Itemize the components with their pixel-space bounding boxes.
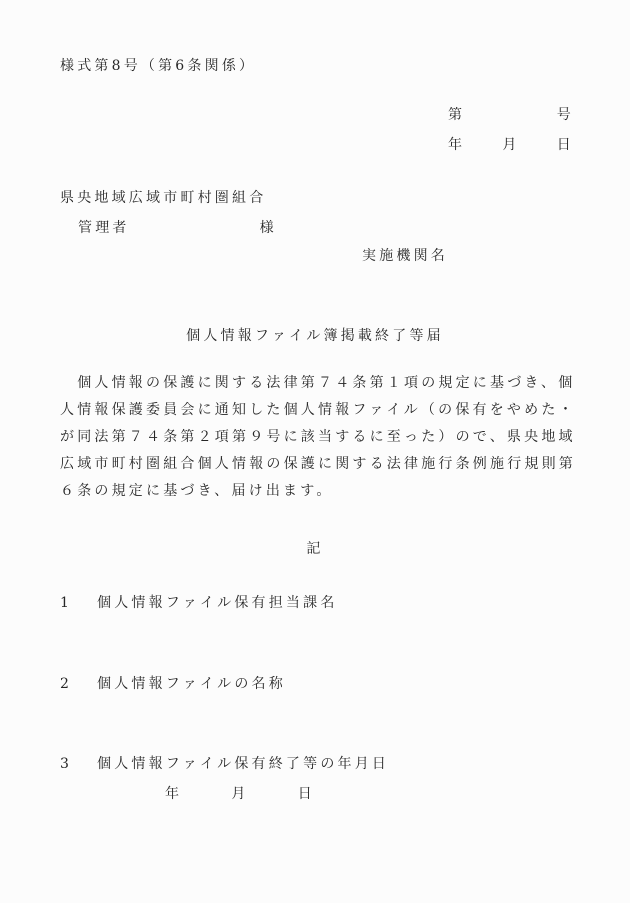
body-line: 人情報保護委員会に通知した個人情報ファイル（の保有をやめた・ xyxy=(60,397,576,424)
item-number: 1 xyxy=(60,595,97,611)
item3-day-label: 日 xyxy=(298,783,315,803)
document-page: 様式第8号（第6条関係） 第 号 年 月 日 県央地域広域市町村圏組合 管理者様… xyxy=(0,0,630,903)
list-item-2: 2個人情報ファイルの名称 xyxy=(60,673,286,693)
document-title: 個人情報ファイル簿掲載終了等届 xyxy=(0,325,630,345)
list-item-3: 3個人情報ファイル保有終了等の年月日 xyxy=(60,753,389,773)
addressee-organization: 県央地域広域市町村圏組合 xyxy=(60,187,266,207)
doc-number-prefix: 第 xyxy=(448,104,465,124)
item-label: 個人情報ファイル保有終了等の年月日 xyxy=(97,756,389,772)
list-item-1: 1個人情報ファイル保有担当課名 xyxy=(60,592,338,612)
addressee-line: 管理者様 xyxy=(78,217,277,237)
honorific-sama: 様 xyxy=(260,220,277,236)
document-date-line: 年 月 日 xyxy=(448,134,574,154)
body-line: ６条の規定に基づき、届け出ます。 xyxy=(60,478,576,505)
body-paragraph: 個人情報の保護に関する法律第７４条第１項の規定に基づき、個 人情報保護委員会に通… xyxy=(60,370,576,505)
item3-date-line: 年 月 日 xyxy=(165,783,315,803)
item-number: 2 xyxy=(60,676,97,692)
item3-year-label: 年 xyxy=(165,783,182,803)
item3-month-label: 月 xyxy=(231,783,248,803)
item-number: 3 xyxy=(60,756,97,772)
item-label: 個人情報ファイル保有担当課名 xyxy=(97,595,338,611)
body-line: 個人情報の保護に関する法律第７４条第１項の規定に基づき、個 xyxy=(60,370,576,397)
date-day-label: 日 xyxy=(557,134,574,154)
manager-title: 管理者 xyxy=(78,220,130,236)
doc-number-suffix: 号 xyxy=(557,104,574,124)
form-number: 様式第8号（第6条関係） xyxy=(60,55,256,75)
ki-heading: 記 xyxy=(0,538,630,558)
date-month-label: 月 xyxy=(502,134,519,154)
body-line: 広域市町村圏組合個人情報の保護に関する法律施行条例施行規則第 xyxy=(60,451,576,478)
document-number-line: 第 号 xyxy=(448,104,574,124)
date-year-label: 年 xyxy=(448,134,465,154)
body-line: が同法第７４条第２項第９号に該当するに至った）ので、県央地域 xyxy=(60,424,576,451)
item-label: 個人情報ファイルの名称 xyxy=(97,676,286,692)
sender-organization-label: 実施機関名 xyxy=(362,245,448,265)
